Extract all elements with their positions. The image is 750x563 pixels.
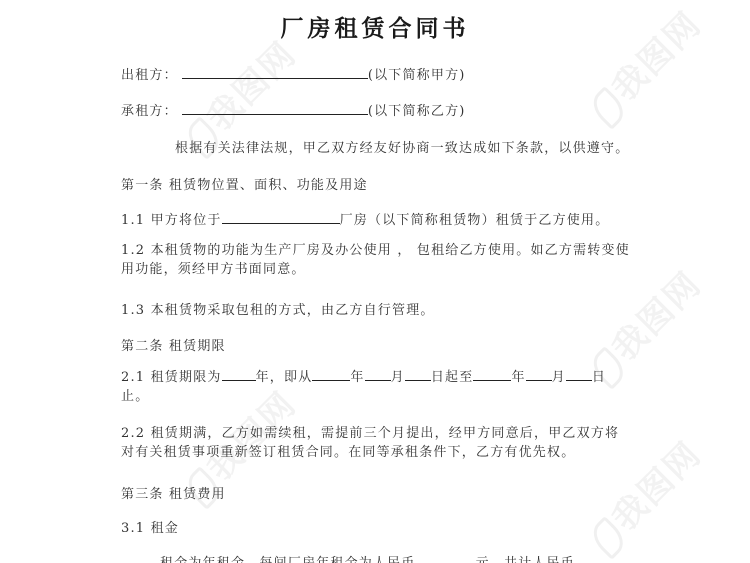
article3-heading: 第三条 租赁费用 [121, 483, 226, 502]
clause-3-1-heading: 3.1 租金 [121, 517, 179, 536]
article2-heading: 第二条 租赁期限 [121, 335, 226, 354]
end-day-field[interactable] [566, 368, 592, 381]
start-year-field[interactable] [312, 368, 350, 381]
clause-2-1-text: 2.1 租赁期限为 [121, 370, 222, 385]
lessor-label: 出租方： [121, 68, 178, 83]
document-title: 厂房租赁合同书 [0, 10, 750, 43]
term-years-field[interactable] [222, 368, 256, 381]
document-page: 厂房租赁合同书 出租方：(以下简称甲方) 承租方：(以下简称乙方) 根据有关法律… [0, 0, 750, 563]
lessee-row: 承租方：(以下简称乙方) [121, 100, 466, 119]
lessee-label: 承租方： [121, 104, 178, 119]
clause-2-1-text: 年 [511, 370, 525, 385]
lessee-note: (以下简称乙方) [368, 104, 466, 119]
start-month-field[interactable] [365, 368, 391, 381]
clause-2-1: 2.1 租赁期限为年，即从年月日起至年月日止。 [121, 368, 633, 406]
lessor-field[interactable] [182, 66, 368, 79]
clause-1-3: 1.3 本租赁物采取包租的方式，由乙方自行管理。 [121, 299, 435, 318]
clause-2-2: 2.2 租赁期满，乙方如需续租，需提前三个月提出，经甲方同意后，甲乙双方将对有关… [121, 424, 633, 462]
clause-1-1-suffix: 厂房（以下简称租赁物）租赁于乙方使用。 [340, 213, 610, 228]
lessor-row: 出租方：(以下简称甲方) [121, 64, 466, 83]
clause-2-1-text: 年 [350, 370, 364, 385]
lessor-note: (以下简称甲方) [368, 68, 466, 83]
end-month-field[interactable] [526, 368, 552, 381]
end-year-field[interactable] [473, 368, 511, 381]
clause-2-1-text: 月 [391, 370, 405, 385]
preamble: 根据有关法律法规，甲乙双方经友好协商一致达成如下条款，以供遵守。 [175, 137, 629, 156]
clause-1-1-prefix: 1.1 甲方将位于 [121, 213, 222, 228]
start-day-field[interactable] [405, 368, 431, 381]
location-field[interactable] [222, 211, 340, 224]
clause-1-1: 1.1 甲方将位于厂房（以下简称租赁物）租赁于乙方使用。 [121, 209, 609, 228]
rent-amount-field[interactable] [416, 554, 476, 563]
clause-1-2: 1.2 本租赁物的功能为生产厂房及办公使用 ， 包租给乙方使用。如乙方需转变使用… [121, 241, 633, 279]
rent-text: 租金为年租金，每间厂房年租金为人民币 [160, 556, 416, 563]
clause-2-1-text: 日起至 [431, 370, 474, 385]
article1-heading: 第一条 租赁物位置、面积、功能及用途 [121, 174, 368, 193]
clause-3-1-text: 租金为年租金，每间厂房年租金为人民币元，共计人民币 [160, 552, 575, 563]
lessee-field[interactable] [182, 102, 368, 115]
clause-2-1-text: 年，即从 [256, 370, 313, 385]
rent-text: 元，共计人民币 [476, 556, 575, 563]
clause-2-1-text: 月 [552, 370, 566, 385]
